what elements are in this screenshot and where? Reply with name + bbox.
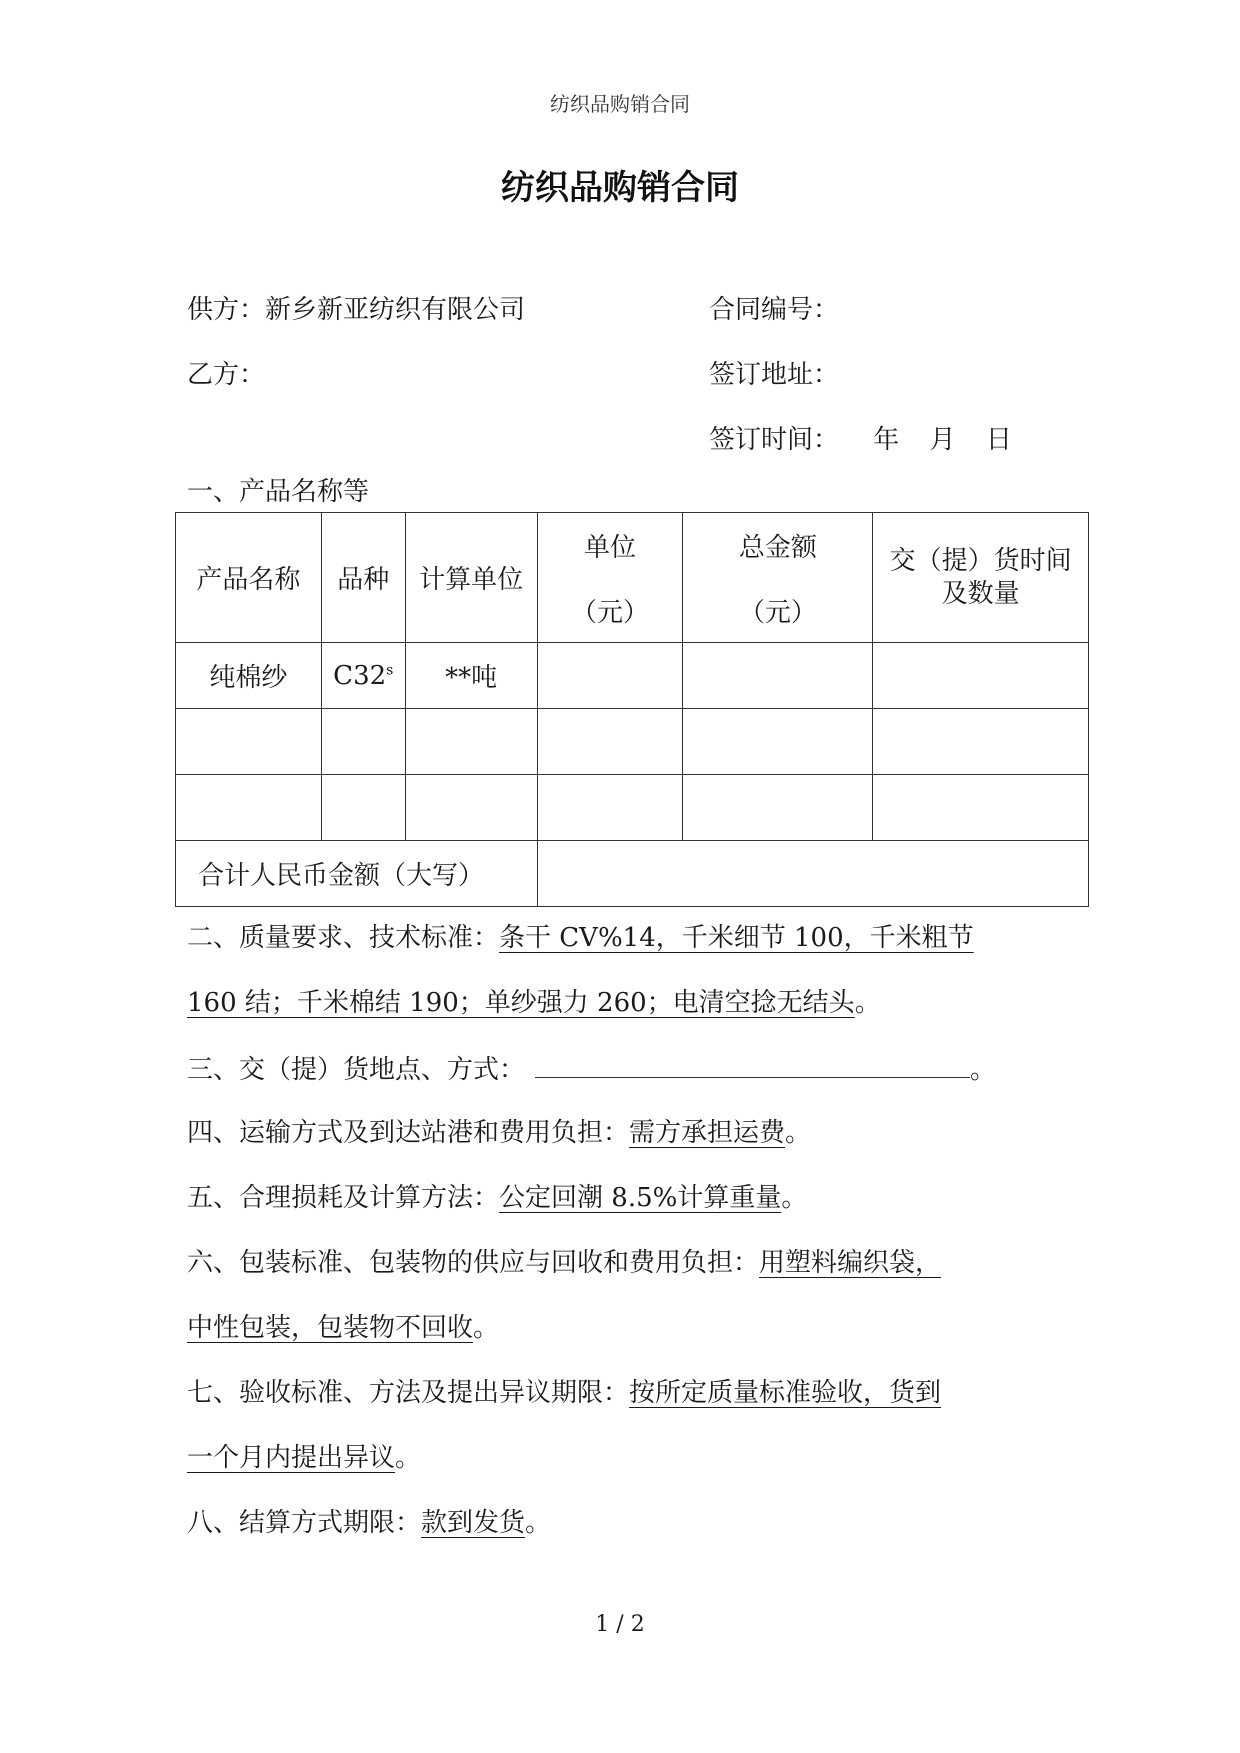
sign-time-day: 日 — [986, 425, 1012, 455]
cell-product-name: 纯棉纱 — [176, 643, 322, 709]
document-title: 纺织品购销合同 — [0, 160, 1240, 209]
cell-unit — [405, 709, 537, 775]
section8-label: 八、结算方式期限： — [187, 1508, 421, 1538]
product-table: 产品名称 品种 计算单位 单位 （元） 总金额 （元） 交（提）货时间 及数量 … — [175, 512, 1089, 907]
table-row: 纯棉纱 C32s **吨 — [176, 643, 1089, 709]
cell-total — [683, 709, 873, 775]
section8-end: 。 — [525, 1508, 551, 1538]
header-unit-price: 单位 （元） — [537, 513, 683, 643]
section8-value: 款到发货 — [421, 1508, 525, 1538]
cell-variety — [321, 709, 405, 775]
table-row — [176, 775, 1089, 841]
section2-end: 。 — [855, 988, 881, 1018]
header-unit-price-currency: （元） — [538, 592, 683, 629]
section5-end: 。 — [781, 1183, 807, 1213]
cell-delivery — [873, 643, 1089, 709]
section5-value: 公定回潮 8.5%计算重量 — [499, 1183, 781, 1213]
cell-unit-price — [537, 709, 683, 775]
header-delivery-line2: 及数量 — [873, 578, 1088, 611]
running-header: 纺织品购销合同 — [0, 88, 1240, 117]
header-unit-price-label: 单位 — [538, 527, 683, 564]
section7-end: 。 — [395, 1443, 421, 1473]
header-variety: 品种 — [321, 513, 405, 643]
header-unit: 计算单位 — [405, 513, 537, 643]
buyer-label: 乙方： — [187, 360, 265, 390]
cell-variety: C32s — [321, 643, 405, 709]
section5-label: 五、合理损耗及计算方法： — [187, 1183, 499, 1213]
cell-variety-text: C32 — [333, 661, 386, 691]
table-total-row: 合计人民币金额（大写） — [176, 841, 1089, 907]
total-amount-label: 合计人民币金额（大写） — [176, 841, 538, 907]
section7-label: 七、验收标准、方法及提出异议期限： — [187, 1378, 629, 1408]
sign-time-label: 签订时间： — [709, 425, 839, 455]
header-total-currency: （元） — [683, 592, 872, 629]
cell-product-name — [176, 709, 322, 775]
cell-unit-price — [537, 643, 683, 709]
section4-end: 。 — [785, 1118, 811, 1148]
total-amount-value — [537, 841, 1088, 907]
header-product-name: 产品名称 — [176, 513, 322, 643]
page-indicator: 1 / 2 — [0, 1612, 1240, 1637]
cell-variety-sup: s — [386, 662, 393, 678]
section8-line: 八、结算方式期限：款到发货。 — [187, 1506, 551, 1540]
section4-line: 四、运输方式及到达站港和费用负担：需方承担运费。 — [187, 1116, 811, 1150]
section3-end: 。 — [970, 1055, 996, 1085]
header-delivery-line1: 交（提）货时间 — [873, 545, 1088, 578]
cell-product-name — [176, 775, 322, 841]
sign-place-label: 签订地址： — [709, 360, 839, 390]
cell-total — [683, 643, 873, 709]
section6-line1: 六、包装标准、包装物的供应与回收和费用负担：用塑料编织袋， — [187, 1246, 941, 1280]
supplier-line: 供方：新乡新亚纺织有限公司 — [187, 293, 525, 327]
sign-place-line: 签订地址： — [709, 358, 839, 392]
table-header-row: 产品名称 品种 计算单位 单位 （元） 总金额 （元） 交（提）货时间 及数量 — [176, 513, 1089, 643]
section2-value-line1: 条干 CV%14，千米细节 100，千米粗节 — [499, 923, 974, 953]
sign-time-line: 签订时间： 年 月 日 — [709, 423, 1012, 457]
sign-time-year: 年 — [873, 425, 899, 455]
section6-end: 。 — [473, 1313, 499, 1343]
header-total: 总金额 （元） — [683, 513, 873, 643]
section7-line2: 一个月内提出异议。 — [187, 1441, 421, 1475]
section2-line1: 二、质量要求、技术标准：条干 CV%14，千米细节 100，千米粗节 — [187, 921, 974, 955]
section3-line: 三、交（提）货地点、方式：。 — [187, 1051, 996, 1087]
section7-value-line1: 按所定质量标准验收，货到 — [629, 1378, 941, 1408]
contract-no-label: 合同编号： — [709, 295, 839, 325]
section6-value-line1: 用塑料编织袋， — [759, 1248, 941, 1278]
cell-delivery — [873, 709, 1089, 775]
sign-time-month: 月 — [930, 425, 956, 455]
section3-blank-field — [535, 1051, 970, 1078]
contract-no-line: 合同编号： — [709, 293, 839, 327]
buyer-line: 乙方： — [187, 358, 265, 392]
section4-value: 需方承担运费 — [629, 1118, 785, 1148]
section4-label: 四、运输方式及到达站港和费用负担： — [187, 1118, 629, 1148]
section2-line2: 160 结；千米棉结 190；单纱强力 260；电清空捻无结头。 — [187, 986, 881, 1020]
section7-line1: 七、验收标准、方法及提出异议期限：按所定质量标准验收，货到 — [187, 1376, 941, 1410]
header-total-label: 总金额 — [683, 527, 872, 564]
section2-value-line2: 160 结；千米棉结 190；单纱强力 260；电清空捻无结头 — [187, 988, 855, 1018]
section1-heading: 一、产品名称等 — [187, 475, 369, 509]
section2-label: 二、质量要求、技术标准： — [187, 923, 499, 953]
supplier-value: 新乡新亚纺织有限公司 — [265, 295, 525, 325]
cell-total — [683, 775, 873, 841]
section6-line2: 中性包装，包装物不回收。 — [187, 1311, 499, 1345]
section6-value-line2: 中性包装，包装物不回收 — [187, 1313, 473, 1343]
cell-unit: **吨 — [405, 643, 537, 709]
section3-label: 三、交（提）货地点、方式： — [187, 1055, 525, 1085]
section6-label: 六、包装标准、包装物的供应与回收和费用负担： — [187, 1248, 759, 1278]
header-delivery: 交（提）货时间 及数量 — [873, 513, 1089, 643]
section5-line: 五、合理损耗及计算方法：公定回潮 8.5%计算重量。 — [187, 1181, 807, 1215]
cell-unit — [405, 775, 537, 841]
cell-delivery — [873, 775, 1089, 841]
section7-value-line2: 一个月内提出异议 — [187, 1443, 395, 1473]
cell-variety — [321, 775, 405, 841]
cell-unit-price — [537, 775, 683, 841]
table-row — [176, 709, 1089, 775]
supplier-label: 供方： — [187, 295, 265, 325]
